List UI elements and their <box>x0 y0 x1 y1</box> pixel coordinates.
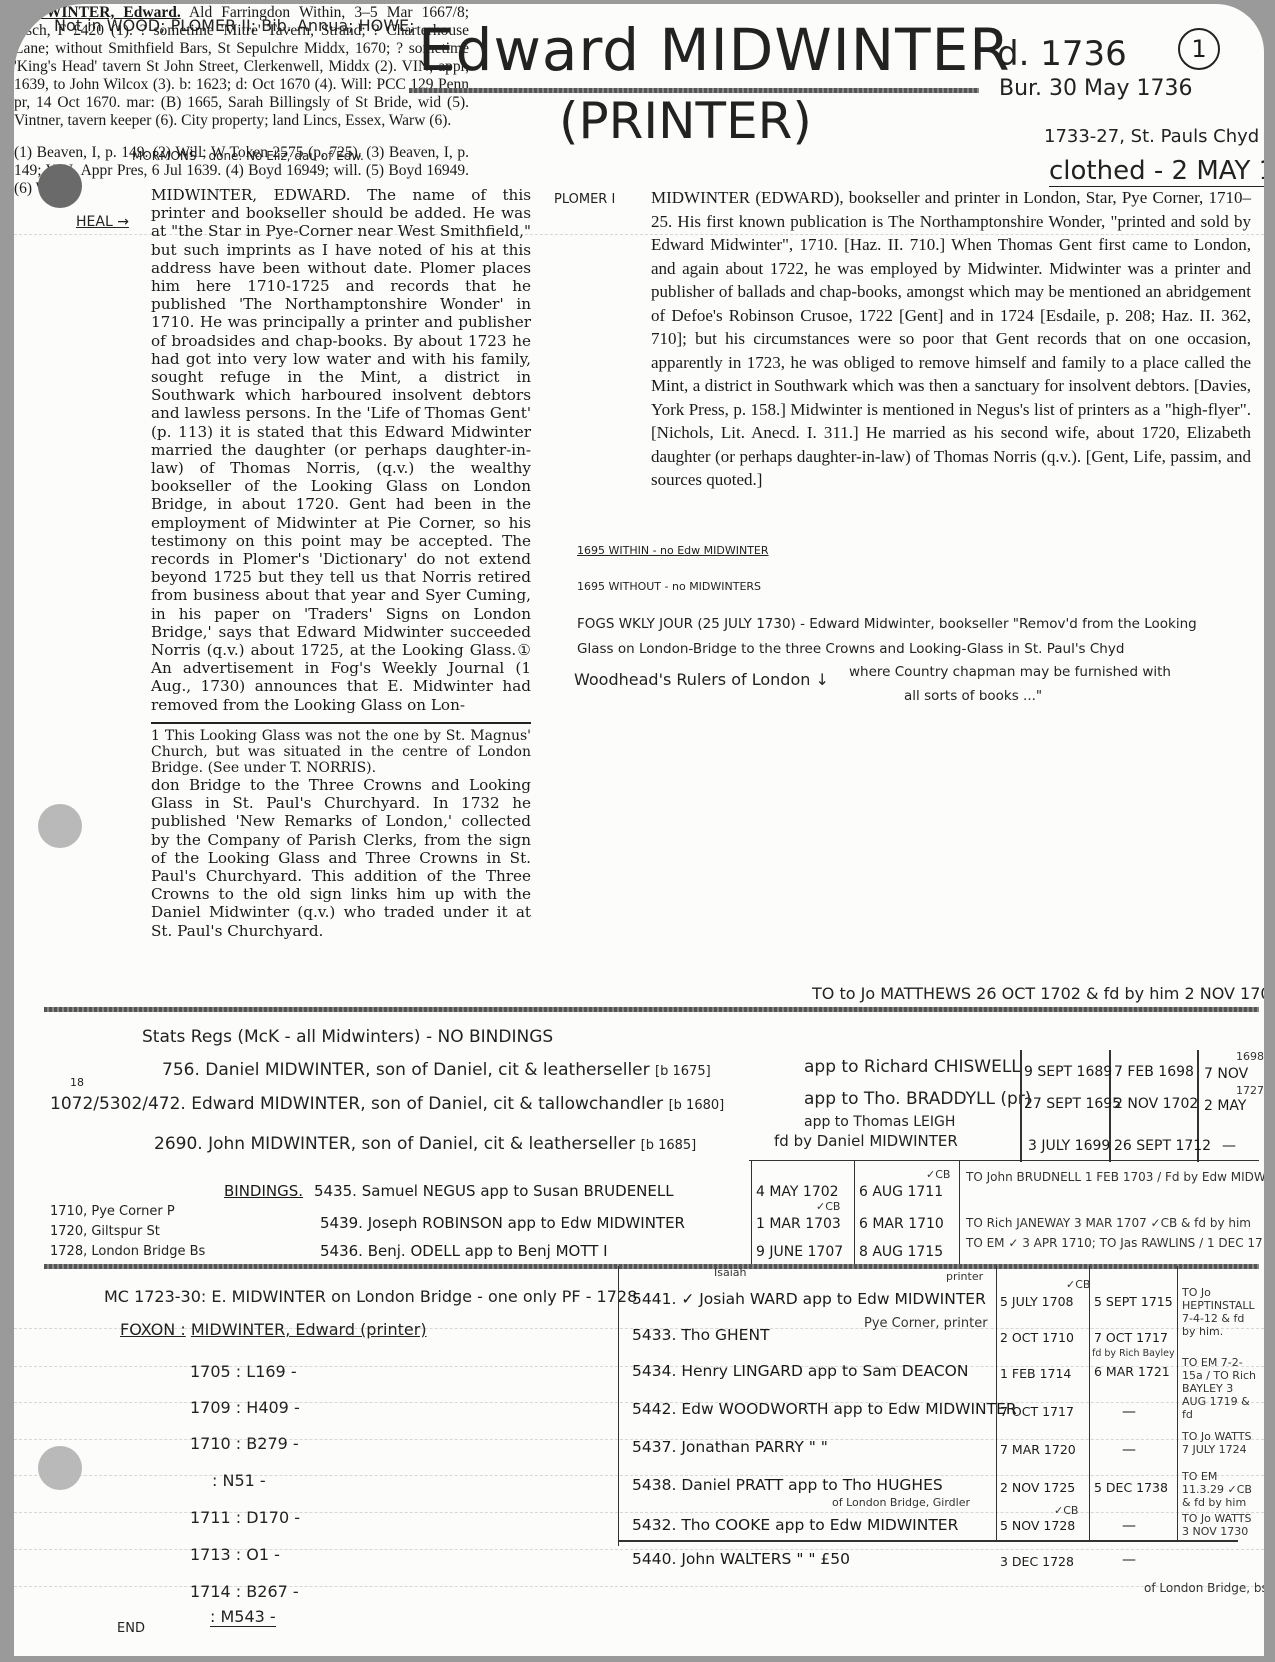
entry-text: John MIDWINTER, son of Daniel, cit & lea… <box>208 1134 635 1154</box>
bound-date: 5 NOV 1728 <box>1000 1518 1075 1533</box>
apprentice-row: 5440. John WALTERS " " £50 <box>632 1550 850 1568</box>
binding-number: 5435. <box>314 1182 357 1200</box>
punch-hole <box>38 164 82 208</box>
fogs-note-line2: Glass on London-Bridge to the three Crow… <box>577 641 1124 657</box>
freed-date: — <box>1122 1404 1136 1420</box>
binding-row: 5435. Samuel NEGUS app to Susan BRUDENEL… <box>314 1182 674 1200</box>
death-date: d. 1736 <box>997 34 1127 74</box>
footer-note: of London Bridge, bs <box>1144 1581 1264 1595</box>
entry-text: Tho GHENT <box>681 1326 769 1344</box>
entry-text: Henry LINGARD app to Sam DEACON <box>681 1362 968 1380</box>
heal-continuation: don Bridge to the Three Crowns and Looki… <box>151 776 531 940</box>
entry-number: 2690. <box>154 1134 203 1154</box>
sources-note: Not in WOOD; PLOMER II; Bib. Annua; HOWE… <box>54 16 415 35</box>
stat-reg-entry: 1072/5302/472. Edward MIDWINTER, son of … <box>50 1094 724 1114</box>
bound-date: 4 MAY 1702 <box>756 1184 839 1200</box>
apprentice-row: 5442. Edw WOODWORTH app to Edw MIDWINTER <box>632 1400 1017 1418</box>
without-1695-note: 1695 WITHOUT - no MIDWINTERS <box>577 580 761 593</box>
freed-date: 26 SEPT 1712 <box>1114 1138 1211 1154</box>
freed-date: — <box>1122 1442 1136 1458</box>
bound-date: 7 MAR 1720 <box>1000 1442 1076 1457</box>
table-divider <box>618 1266 619 1546</box>
punch-hole <box>38 804 82 848</box>
heal-label: HEAL → <box>76 214 129 230</box>
heal-footnote: 1 This Looking Glass was not the one by … <box>151 722 531 776</box>
check-mark: ✓CB <box>816 1200 840 1213</box>
table-rule <box>618 1540 1238 1542</box>
address-item: 1710, Pye Corner P <box>50 1202 205 1222</box>
foxon-text: MIDWINTER, Edward (printer) <box>191 1320 427 1339</box>
freed-date: — <box>1122 1518 1136 1534</box>
stat-reg-entry: 2690. John MIDWINTER, son of Daniel, cit… <box>154 1134 696 1154</box>
freed-date: 6 AUG 1711 <box>859 1184 943 1200</box>
binding-text: Joseph ROBINSON app to Edw MIDWINTER <box>368 1214 685 1232</box>
clothed-date: clothed - 2 MAY 1727 <box>1049 156 1264 187</box>
plomer-clipping: MIDWINTER (EDWARD), bookseller and print… <box>651 186 1251 492</box>
freed-date: 6 MAR 1710 <box>859 1216 944 1232</box>
clothed-year: 1698 <box>1236 1050 1264 1063</box>
foxon-item: : M543 - <box>210 1607 276 1627</box>
freed-date: 6 MAR 1721 <box>1094 1364 1170 1379</box>
within-1695-note: 1695 WITHIN - no Edw MIDWINTER <box>577 544 769 557</box>
check-mark: ✓CB <box>1066 1278 1090 1291</box>
stat-reg-entry: 756. Daniel MIDWINTER, son of Daniel, ci… <box>162 1060 711 1080</box>
section-divider <box>44 1007 1259 1012</box>
bound-date: 7 OCT 1717 <box>1000 1404 1074 1419</box>
freed-date: — <box>1122 1552 1136 1568</box>
bound-date: 5 JULY 1708 <box>1000 1294 1074 1309</box>
foxon-label: FOXON : <box>120 1320 186 1339</box>
mormons-note: MORMONS - done. No Eliz, dau of Edw. <box>132 149 364 163</box>
entry-number: 5440. <box>632 1550 676 1568</box>
entry-number: 5441. <box>632 1290 676 1308</box>
binding-text: Benj. ODELL app to Benj MOTT I <box>368 1242 608 1260</box>
freed-date: 5 SEPT 1715 <box>1094 1294 1173 1309</box>
apprentice-row: 5438. Daniel PRATT app to Tho HUGHES <box>632 1476 943 1494</box>
entry-number: 756. <box>162 1060 200 1080</box>
entry-text: ✓ Josiah WARD app to Edw MIDWINTER <box>681 1290 986 1308</box>
binding-note: TO John BRUDNELL 1 FEB 1703 / Fd by Edw … <box>966 1170 1264 1184</box>
table-divider <box>1089 1266 1090 1540</box>
check-mark: ✓CB <box>926 1168 950 1181</box>
freed-by: fd by Daniel MIDWINTER <box>774 1132 958 1150</box>
apprentice-row: 5432. Tho COOKE app to Edw MIDWINTER <box>632 1516 958 1534</box>
entry-born: [b 1680] <box>669 1098 725 1113</box>
entry-number: 1072/5302/472. <box>50 1094 186 1114</box>
binding-row: 5436. Benj. ODELL app to Benj MOTT I <box>320 1242 608 1260</box>
address-item: 1728, London Bridge Bs <box>50 1242 205 1262</box>
freed-date: 5 DEC 1738 <box>1094 1480 1168 1495</box>
freed-date: 7 OCT 1717 <box>1094 1330 1168 1345</box>
entry-number: 5442. <box>632 1400 676 1418</box>
clothed-date: 2 MAY <box>1204 1098 1246 1114</box>
binding-number: 5436. <box>320 1242 363 1260</box>
address-list: 1710, Pye Corner P 1720, Giltspur St 172… <box>50 1202 205 1262</box>
entry-born: [b 1685] <box>641 1138 697 1153</box>
entry-number: 5434. <box>632 1362 676 1380</box>
burial-date: Bur. 30 May 1736 <box>999 76 1193 101</box>
entry-text: Jonathan PARRY " " <box>681 1438 828 1456</box>
clothed-date: 7 NOV <box>1204 1066 1248 1082</box>
trade-note: printer <box>946 1270 983 1283</box>
freed-note: fd by Rich Bayley <box>1092 1348 1175 1359</box>
binding-note: TO Rich JANEWAY 3 MAR 1707 ✓CB & fd by h… <box>966 1216 1251 1230</box>
foxon-item: 1711 : D170 - <box>190 1508 300 1527</box>
apprentice-row: 5441. ✓ Josiah WARD app to Edw MIDWINTER <box>632 1290 986 1308</box>
entry-number: 5433. <box>632 1326 676 1344</box>
entry-number: 5438. <box>632 1476 676 1494</box>
transfer-note: TO Jo WATTS 3 NOV 1730 <box>1182 1512 1258 1538</box>
freed-date: 2 NOV 1702 <box>1114 1096 1198 1112</box>
trade-note: of London Bridge, Girdler <box>832 1496 970 1509</box>
fogs-note-line1: FOGS WKLY JOUR (25 JULY 1730) - Edward M… <box>577 616 1197 632</box>
check-mark: ✓CB <box>1054 1504 1078 1517</box>
apprentice-row: 5434. Henry LINGARD app to Sam DEACON <box>632 1362 968 1380</box>
table-rule <box>749 1160 1259 1161</box>
apprentice-row: 5433. Tho GHENT <box>632 1326 770 1344</box>
clothed-date: — <box>1222 1138 1236 1154</box>
binding-row: 5439. Joseph ROBINSON app to Edw MIDWINT… <box>320 1214 685 1232</box>
stat-regs-heading: Stats Regs (McK - all Midwinters) - NO B… <box>142 1027 553 1047</box>
table-divider <box>751 1160 752 1264</box>
entry-born: [b 1675] <box>655 1064 711 1079</box>
entry-number: 5432. <box>632 1516 676 1534</box>
bound-date: 2 OCT 1710 <box>1000 1330 1074 1345</box>
bound-date: 9 JUNE 1707 <box>756 1244 843 1260</box>
table-divider <box>1020 1050 1022 1162</box>
bindings-label: BINDINGS. <box>224 1182 303 1200</box>
foxon-item: 1713 : O1 - <box>190 1545 280 1564</box>
end-label: END <box>117 1621 145 1636</box>
binding-number: 5439. <box>320 1214 363 1232</box>
punch-hole <box>38 1446 82 1490</box>
address-item: 1720, Giltspur St <box>50 1222 205 1242</box>
transfer-note: TO Jo WATTS 7 JULY 1724 <box>1182 1430 1258 1456</box>
entry-text: Tho COOKE app to Edw MIDWINTER <box>681 1516 958 1534</box>
page-title: Edward MIDWINTER <box>418 16 1011 84</box>
bound-date: 1 MAR 1703 <box>756 1216 841 1232</box>
woodhead-note: Woodhead's Rulers of London ↓ <box>574 670 829 689</box>
foxon-line: FOXON : MIDWINTER, Edward (printer) <box>120 1320 427 1339</box>
app-master: app to Thomas LEIGH <box>804 1114 955 1130</box>
name-correction: Isaiah <box>714 1266 746 1279</box>
foxon-item: 1709 : H409 - <box>190 1398 300 1417</box>
page-subtitle: (PRINTER) <box>559 92 812 150</box>
bound-date: 3 JULY 1699 <box>1028 1138 1110 1154</box>
entry-prefix: 18 <box>70 1076 84 1089</box>
freed-date: 7 FEB 1698 <box>1114 1064 1194 1080</box>
trade-note: Pye Corner, printer <box>864 1316 988 1331</box>
app-master: app to Tho. BRADDYLL (pr) <box>804 1089 1031 1109</box>
fogs-note-line3: where Country chapman may be furnished w… <box>849 664 1171 680</box>
entry-text: Daniel PRATT app to Tho HUGHES <box>681 1476 942 1494</box>
table-divider <box>1177 1266 1178 1540</box>
section-divider <box>44 1264 1259 1269</box>
binding-text: Samuel NEGUS app to Susan BRUDENELL <box>362 1182 674 1200</box>
bound-date: 1 FEB 1714 <box>1000 1366 1071 1381</box>
heal-paragraph: MIDWINTER, EDWARD. The name of this prin… <box>151 186 531 714</box>
table-divider <box>854 1160 855 1264</box>
bound-date: 9 SEPT 1689 <box>1024 1064 1112 1080</box>
mc-note: MC 1723-30: E. MIDWINTER on London Bridg… <box>104 1287 637 1306</box>
entry-text: Edward MIDWINTER, son of Daniel, cit & t… <box>191 1094 663 1114</box>
freed-date: 8 AUG 1715 <box>859 1244 943 1260</box>
plomer-label: PLOMER I <box>554 192 615 207</box>
apprentice-row: 5437. Jonathan PARRY " " <box>632 1438 828 1456</box>
heal-clipping: MIDWINTER, EDWARD. The name of this prin… <box>151 186 531 940</box>
bound-date: 3 DEC 1728 <box>1000 1554 1074 1569</box>
entry-text: John WALTERS " " £50 <box>681 1550 850 1568</box>
fogs-note-line4: all sorts of books ..." <box>904 688 1042 704</box>
bound-date: 2 NOV 1725 <box>1000 1480 1075 1495</box>
record-card: Not in WOOD; PLOMER II; Bib. Annua; HOWE… <box>14 4 1264 1656</box>
foxon-item: : N51 - <box>212 1471 266 1490</box>
foxon-item: 1710 : B279 - <box>190 1434 299 1453</box>
matthews-note: TO to Jo MATTHEWS 26 OCT 1702 & fd by hi… <box>812 984 1264 1003</box>
transfer-note: TO EM 7-2-15a / TO Rich BAYLEY 3 AUG 171… <box>1182 1356 1260 1421</box>
entry-number: 5437. <box>632 1438 676 1456</box>
bindings-heading: BINDINGS. <box>224 1182 303 1200</box>
plomer-text: MIDWINTER (EDWARD), bookseller and print… <box>651 186 1251 492</box>
transfer-note: TO EM 11.3.29 ✓CB & fd by him <box>1182 1470 1258 1509</box>
page-number: 1 <box>1178 28 1220 70</box>
app-master: app to Richard CHISWELL <box>804 1057 1021 1077</box>
table-divider <box>959 1160 960 1264</box>
clothed-year: 1727 <box>1236 1084 1264 1097</box>
transfer-note: TO Jo HEPTINSTALL 7-4-12 & fd by him. <box>1182 1286 1258 1338</box>
entry-text: Edw WOODWORTH app to Edw MIDWINTER <box>681 1400 1016 1418</box>
foxon-item: 1714 : B267 - <box>190 1582 299 1601</box>
address-note: 1733-27, St. Pauls Chyd <box>1044 126 1259 147</box>
foxon-item: 1705 : L169 - <box>190 1362 297 1381</box>
bound-date: 27 SEPT 1695 <box>1024 1096 1121 1112</box>
binding-note: TO EM ✓ 3 APR 1710; TO Jas RAWLINS / 1 D… <box>966 1236 1264 1250</box>
entry-text: Daniel MIDWINTER, son of Daniel, cit & l… <box>205 1060 649 1080</box>
